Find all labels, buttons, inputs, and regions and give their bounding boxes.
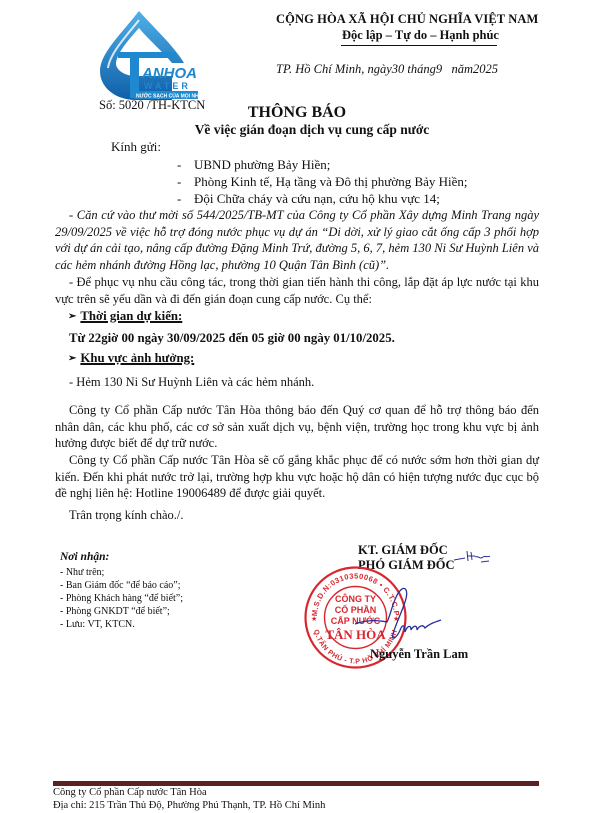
arrow-bullet-icon: ➢ <box>68 353 76 364</box>
svg-text:ANHOA: ANHOA <box>141 65 197 82</box>
month-label: tháng <box>404 62 436 76</box>
area-heading: ➢Khu vực ảnh hưởng: <box>68 351 194 366</box>
recipients-list: - Như trên; - Ban Giám đốc “để báo cáo”;… <box>60 566 183 631</box>
motto-underline <box>341 45 497 46</box>
company-logo: ANHOA WATER NƯỚC SẠCH CỦA MỌI NHÀ <box>92 8 210 108</box>
footer-company: Công ty Cổ phần Cấp nước Tân Hòa <box>53 787 207 798</box>
recipient-bullet: - <box>177 191 194 207</box>
recipients-list-item: - Phòng GNKDT “để biết”; <box>60 605 183 618</box>
effort-paragraph: Công ty Cổ phần Cấp nước Tân Hòa sẽ cố g… <box>55 452 539 502</box>
time-range: Từ 22giờ 00 ngày 30/09/2025 đến 05 giờ 0… <box>69 331 395 346</box>
svg-text:WATER: WATER <box>144 81 191 91</box>
date-year: 2025 <box>473 62 498 76</box>
water-drop-logo-icon: ANHOA WATER NƯỚC SẠCH CỦA MỌI NHÀ <box>92 8 210 108</box>
notice-subtitle: Về việc gián đoạn dịch vụ cung cấp nước <box>0 122 594 138</box>
affected-area-item: - Hẻm 130 Ni Sư Huỳnh Liên và các hẻm nh… <box>69 375 314 390</box>
arrow-bullet-icon: ➢ <box>68 311 76 322</box>
area-heading-text: Khu vực ảnh hưởng: <box>80 351 194 365</box>
recipient-text: Phòng Kinh tế, Hạ tầng và Đô thị phường … <box>194 174 468 189</box>
recipients-list-item: - Phòng Khách hàng “để biết”; <box>60 592 183 605</box>
signer-title-line1: KT. GIÁM ĐỐC <box>358 543 448 558</box>
addressed-to-label: Kính gửi: <box>111 139 161 155</box>
time-heading-text: Thời gian dự kiến: <box>80 309 182 323</box>
notice-title: THÔNG BÁO <box>0 104 594 122</box>
closing-greeting: Trân trọng kính chào./. <box>69 508 183 523</box>
recipients-list-item: - Lưu: VT, KTCN. <box>60 618 183 631</box>
basis-paragraph: - Căn cứ vào thư mời số 544/2025/TB-MT c… <box>55 207 539 273</box>
recipients-title: Nơi nhận: <box>60 551 109 563</box>
recipient-item: -Phòng Kinh tế, Hạ tầng và Đô thị phường… <box>177 174 468 190</box>
initials-scribble-icon <box>453 548 493 564</box>
recipient-item: -Đội Chữa cháy và cứu nạn, cứu hộ khu vự… <box>177 191 440 207</box>
recipients-list-item: - Ban Giám đốc “để báo cáo”; <box>60 579 183 592</box>
place-label: TP. Hồ Chí Minh, ngày <box>276 62 392 76</box>
national-motto: Độc lập – Tự do – Hạnh phúc <box>342 28 499 43</box>
date-day: 30 <box>392 62 405 76</box>
purpose-paragraph: - Để phục vụ nhu cầu công tác, trong thờ… <box>55 274 539 307</box>
recipient-bullet: - <box>177 174 194 190</box>
national-title: CỘNG HÒA XÃ HỘI CHỦ NGHĨA VIỆT NAM <box>276 12 538 27</box>
inform-paragraph: Công ty Cổ phần Cấp nước Tân Hòa thông b… <box>55 402 539 452</box>
footer-divider <box>53 781 539 786</box>
place-date: TP. Hồ Chí Minh, ngày30 tháng9 năm2025 <box>276 62 498 77</box>
recipient-item: -UBND phường Bảy Hiền; <box>177 157 330 173</box>
signer-name: Nguyễn Trần Lam <box>370 647 468 662</box>
footer-address: Địa chỉ: 215 Trần Thủ Độ, Phường Phú Thạ… <box>53 800 325 811</box>
recipient-bullet: - <box>177 157 194 173</box>
svg-text:★: ★ <box>311 615 317 623</box>
recipients-list-item: - Như trên; <box>60 566 183 579</box>
time-heading: ➢Thời gian dự kiến: <box>68 309 182 324</box>
recipient-text: UBND phường Bảy Hiền; <box>194 157 330 172</box>
recipient-text: Đội Chữa cháy và cứu nạn, cứu hộ khu vực… <box>194 191 440 206</box>
year-label: năm <box>442 62 473 76</box>
